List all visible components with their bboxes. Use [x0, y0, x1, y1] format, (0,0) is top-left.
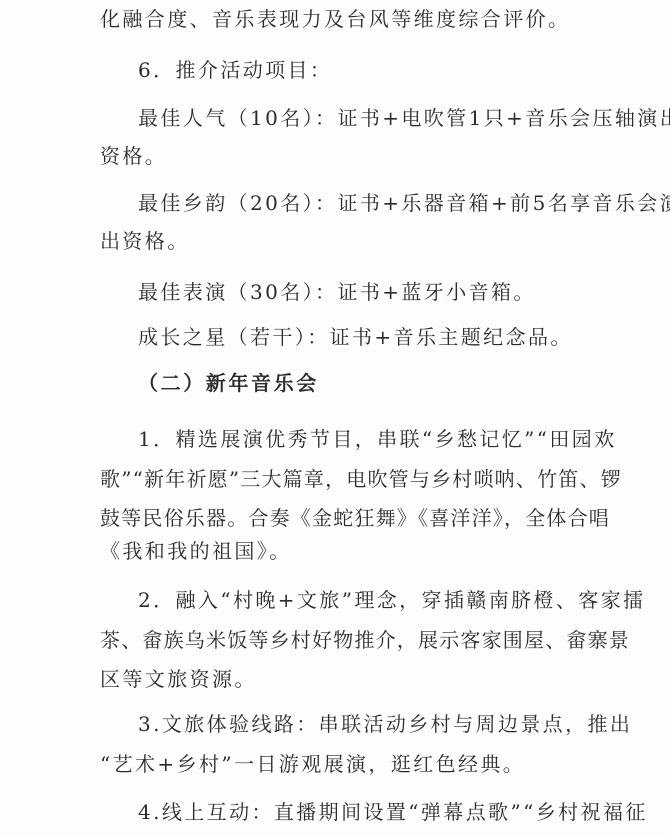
section-heading-new-year-concert: （二）新年音乐会	[138, 371, 319, 395]
concert-item-3-line-2: “艺术+乡村”一日游观展演，逛红色经典。	[100, 752, 525, 776]
section-item-6-title: 6．推介活动项目：	[138, 58, 332, 82]
concert-item-4-line-1: 4.线上互动：直播期间设置“弹幕点歌”“乡村祝福征	[138, 800, 648, 824]
concert-item-1-line-3: 鼓等民俗乐器。合奏《金蛇狂舞》《喜洋洋》，全体合唱	[100, 506, 610, 530]
award-best-popularity-cont: 资格。	[100, 144, 167, 168]
paragraph-line-evaluation-criteria: 化融合度、音乐表现力及台风等维度综合评价。	[100, 7, 570, 31]
award-rising-star: 成长之星（若干）：证书+音乐主题纪念品。	[138, 325, 573, 349]
document-page: 化融合度、音乐表现力及台风等维度综合评价。 6．推介活动项目： 最佳人气（10名…	[0, 0, 670, 836]
award-best-popularity: 最佳人气（10名）：证书+电吹管1只+音乐会压轴演出	[138, 106, 670, 130]
concert-item-2-line-3: 区等文旅资源。	[100, 667, 257, 691]
concert-item-1-line-1: 1．精选展演优秀节目，串联“乡愁记忆”“田园欢	[138, 427, 617, 451]
award-best-rural-charm-cont: 出资格。	[100, 229, 190, 253]
concert-item-1-line-2: 歌”“新年祈愿”三大篇章，电吹管与乡村唢呐、竹笛、锣	[100, 467, 622, 491]
award-best-rural-charm: 最佳乡韵（20名）：证书+乐器音箱+前5名享音乐会演	[138, 191, 670, 215]
concert-item-2-line-2: 茶、畲族乌米饭等乡村好物推介，展示客家围屋、畲寨景	[100, 628, 630, 652]
concert-item-1-line-4: 《我和我的祖国》。	[100, 539, 292, 563]
concert-item-3-line-1: 3.文旅体验线路：串联活动乡村与周边景点，推出	[138, 712, 632, 736]
concert-item-2-line-1: 2．融入“村晚+文旅”理念，穿插赣南脐橙、客家擂	[138, 588, 646, 612]
award-best-performance: 最佳表演（30名）：证书+蓝牙小音箱。	[138, 280, 536, 304]
